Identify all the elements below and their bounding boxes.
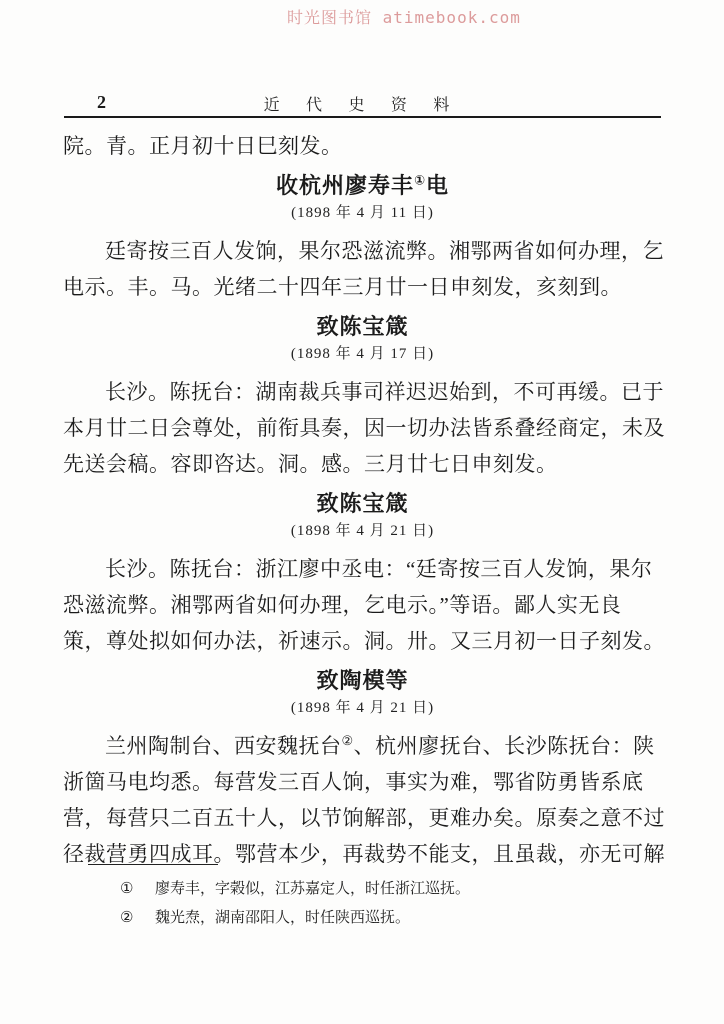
text-run: 、杭州廖抚台、长沙陈抚台：陕	[354, 734, 655, 758]
text-line: 长沙。陈抚台：湖南裁兵事司祥迟迟始到，不可再缓。已于	[63, 374, 662, 410]
section-title: 致陈宝箴	[63, 488, 662, 520]
text-run: 恐滋流弊。湘鄂两省如何办理，乞电示。”等语。鄙人实无良	[63, 593, 621, 617]
text-run: 长沙。陈抚台：浙江廖中丞电：“廷寄按三百人发饷，果尔	[105, 557, 652, 581]
text-line: 浙箇马电均悉。每营发三百人饷，事实为难，鄂省防勇皆系底	[63, 764, 662, 800]
text-run: 电	[426, 173, 449, 198]
text-run: 先送会稿。容即咨达。洞。感。三月廿七日申刻发。	[63, 452, 558, 476]
text-run: 策，尊处拟如何办法，祈速示。洞。卅。又三月初一日子刻发。	[63, 629, 665, 653]
footnotes: ①廖寿丰，字榖似，江苏嘉定人，时任浙江巡抚。②魏光焘，湖南邵阳人，时任陕西巡抚。	[63, 875, 662, 933]
footnote-text: 廖寿丰，字榖似，江苏嘉定人，时任浙江巡抚。	[155, 881, 470, 897]
page-body: 院。青。正月初十日巳刻发。收杭州廖寿丰①电(1898 年 4 月 11 日)廷寄…	[63, 122, 662, 872]
footnote: ②魏光焘，湖南邵阳人，时任陕西巡抚。	[63, 904, 662, 933]
book-page: 时光图书馆 atimebook.com 2 近 代 史 资 料 院。青。正月初十…	[0, 0, 724, 1024]
text-line: 恐滋流弊。湘鄂两省如何办理，乞电示。”等语。鄙人实无良	[63, 587, 662, 623]
footnote-block: ①廖寿丰，字榖似，江苏嘉定人，时任浙江巡抚。②魏光焘，湖南邵阳人，时任陕西巡抚。	[63, 864, 662, 933]
paragraph: 长沙。陈抚台：湖南裁兵事司祥迟迟始到，不可再缓。已于本月廿二日会尊处，前衔具奏，…	[63, 374, 662, 482]
section-date: (1898 年 4 月 11 日)	[63, 202, 662, 224]
text-run: 致陈宝箴	[316, 314, 408, 339]
text-run: 营，每营只二百五十人，以节饷解部，更难办矣。原奏之意不过	[63, 806, 665, 830]
text-run: 长沙。陈抚台：湖南裁兵事司祥迟迟始到，不可再缓。已于	[105, 380, 664, 404]
text-line: 营，每营只二百五十人，以节饷解部，更难办矣。原奏之意不过	[63, 800, 662, 836]
section-date: (1898 年 4 月 21 日)	[63, 697, 662, 719]
paragraph: 廷寄按三百人发饷，果尔恐滋流弊。湘鄂两省如何办理，乞电示。丰。马。光绪二十四年三…	[63, 233, 662, 305]
running-title: 近 代 史 资 料	[264, 97, 461, 114]
text-run: 廷寄按三百人发饷，果尔恐滋流弊。湘鄂两省如何办理，乞	[105, 239, 664, 263]
page-number: 2	[97, 92, 106, 113]
watermark-text: 时光图书馆 atimebook.com	[287, 5, 521, 28]
section-date: (1898 年 4 月 17 日)	[63, 343, 662, 365]
text-line: 策，尊处拟如何办法，祈速示。洞。卅。又三月初一日子刻发。	[63, 623, 662, 659]
text-run: 致陶模等	[316, 668, 408, 693]
intro-line: 院。青。正月初十日巳刻发。	[63, 128, 662, 164]
text-line: 长沙。陈抚台：浙江廖中丞电：“廷寄按三百人发饷，果尔	[63, 551, 662, 587]
text-run: 本月廿二日会尊处，前衔具奏，因一切办法皆系叠经商定，未及	[63, 416, 665, 440]
text-run: 径裁营勇四成耳。鄂营本少，再裁势不能支，且虽裁，亦无可解	[63, 842, 665, 866]
footnote-marker: ②	[120, 904, 155, 933]
text-run: 兰州陶制台、西安魏抚台	[105, 734, 342, 758]
text-run: 院。青。正月初十日巳刻发。	[63, 134, 343, 158]
section-title: 致陶模等	[63, 665, 662, 697]
paragraph: 长沙。陈抚台：浙江廖中丞电：“廷寄按三百人发饷，果尔恐滋流弊。湘鄂两省如何办理，…	[63, 551, 662, 659]
text-line: 电示。丰。马。光绪二十四年三月廿一日申刻发，亥刻到。	[63, 269, 662, 305]
text-line: 先送会稿。容即咨达。洞。感。三月廿七日申刻发。	[63, 446, 662, 482]
page-header: 2 近 代 史 资 料	[63, 92, 661, 114]
text-line: 本月廿二日会尊处，前衔具奏，因一切办法皆系叠经商定，未及	[63, 410, 662, 446]
header-rule	[64, 116, 661, 118]
section-date: (1898 年 4 月 21 日)	[63, 520, 662, 542]
footnote-ref: ②	[342, 733, 354, 748]
section-title: 致陈宝箴	[63, 311, 662, 343]
text-run: 电示。丰。马。光绪二十四年三月廿一日申刻发，亥刻到。	[63, 275, 622, 299]
text-line: 兰州陶制台、西安魏抚台②、杭州廖抚台、长沙陈抚台：陕	[63, 728, 662, 764]
footnote-rule	[88, 864, 218, 865]
footnote-text: 魏光焘，湖南邵阳人，时任陕西巡抚。	[155, 910, 410, 926]
footnote-marker: ①	[120, 875, 155, 904]
footnote-ref: ①	[414, 173, 426, 188]
text-run: 收杭州廖寿丰	[276, 173, 414, 198]
section-title: 收杭州廖寿丰①电	[63, 170, 662, 202]
paragraph: 兰州陶制台、西安魏抚台②、杭州廖抚台、长沙陈抚台：陕浙箇马电均悉。每营发三百人饷…	[63, 728, 662, 872]
text-run: 浙箇马电均悉。每营发三百人饷，事实为难，鄂省防勇皆系底	[63, 770, 644, 794]
text-run: 致陈宝箴	[316, 491, 408, 516]
text-line: 廷寄按三百人发饷，果尔恐滋流弊。湘鄂两省如何办理，乞	[63, 233, 662, 269]
footnote: ①廖寿丰，字榖似，江苏嘉定人，时任浙江巡抚。	[63, 875, 662, 904]
